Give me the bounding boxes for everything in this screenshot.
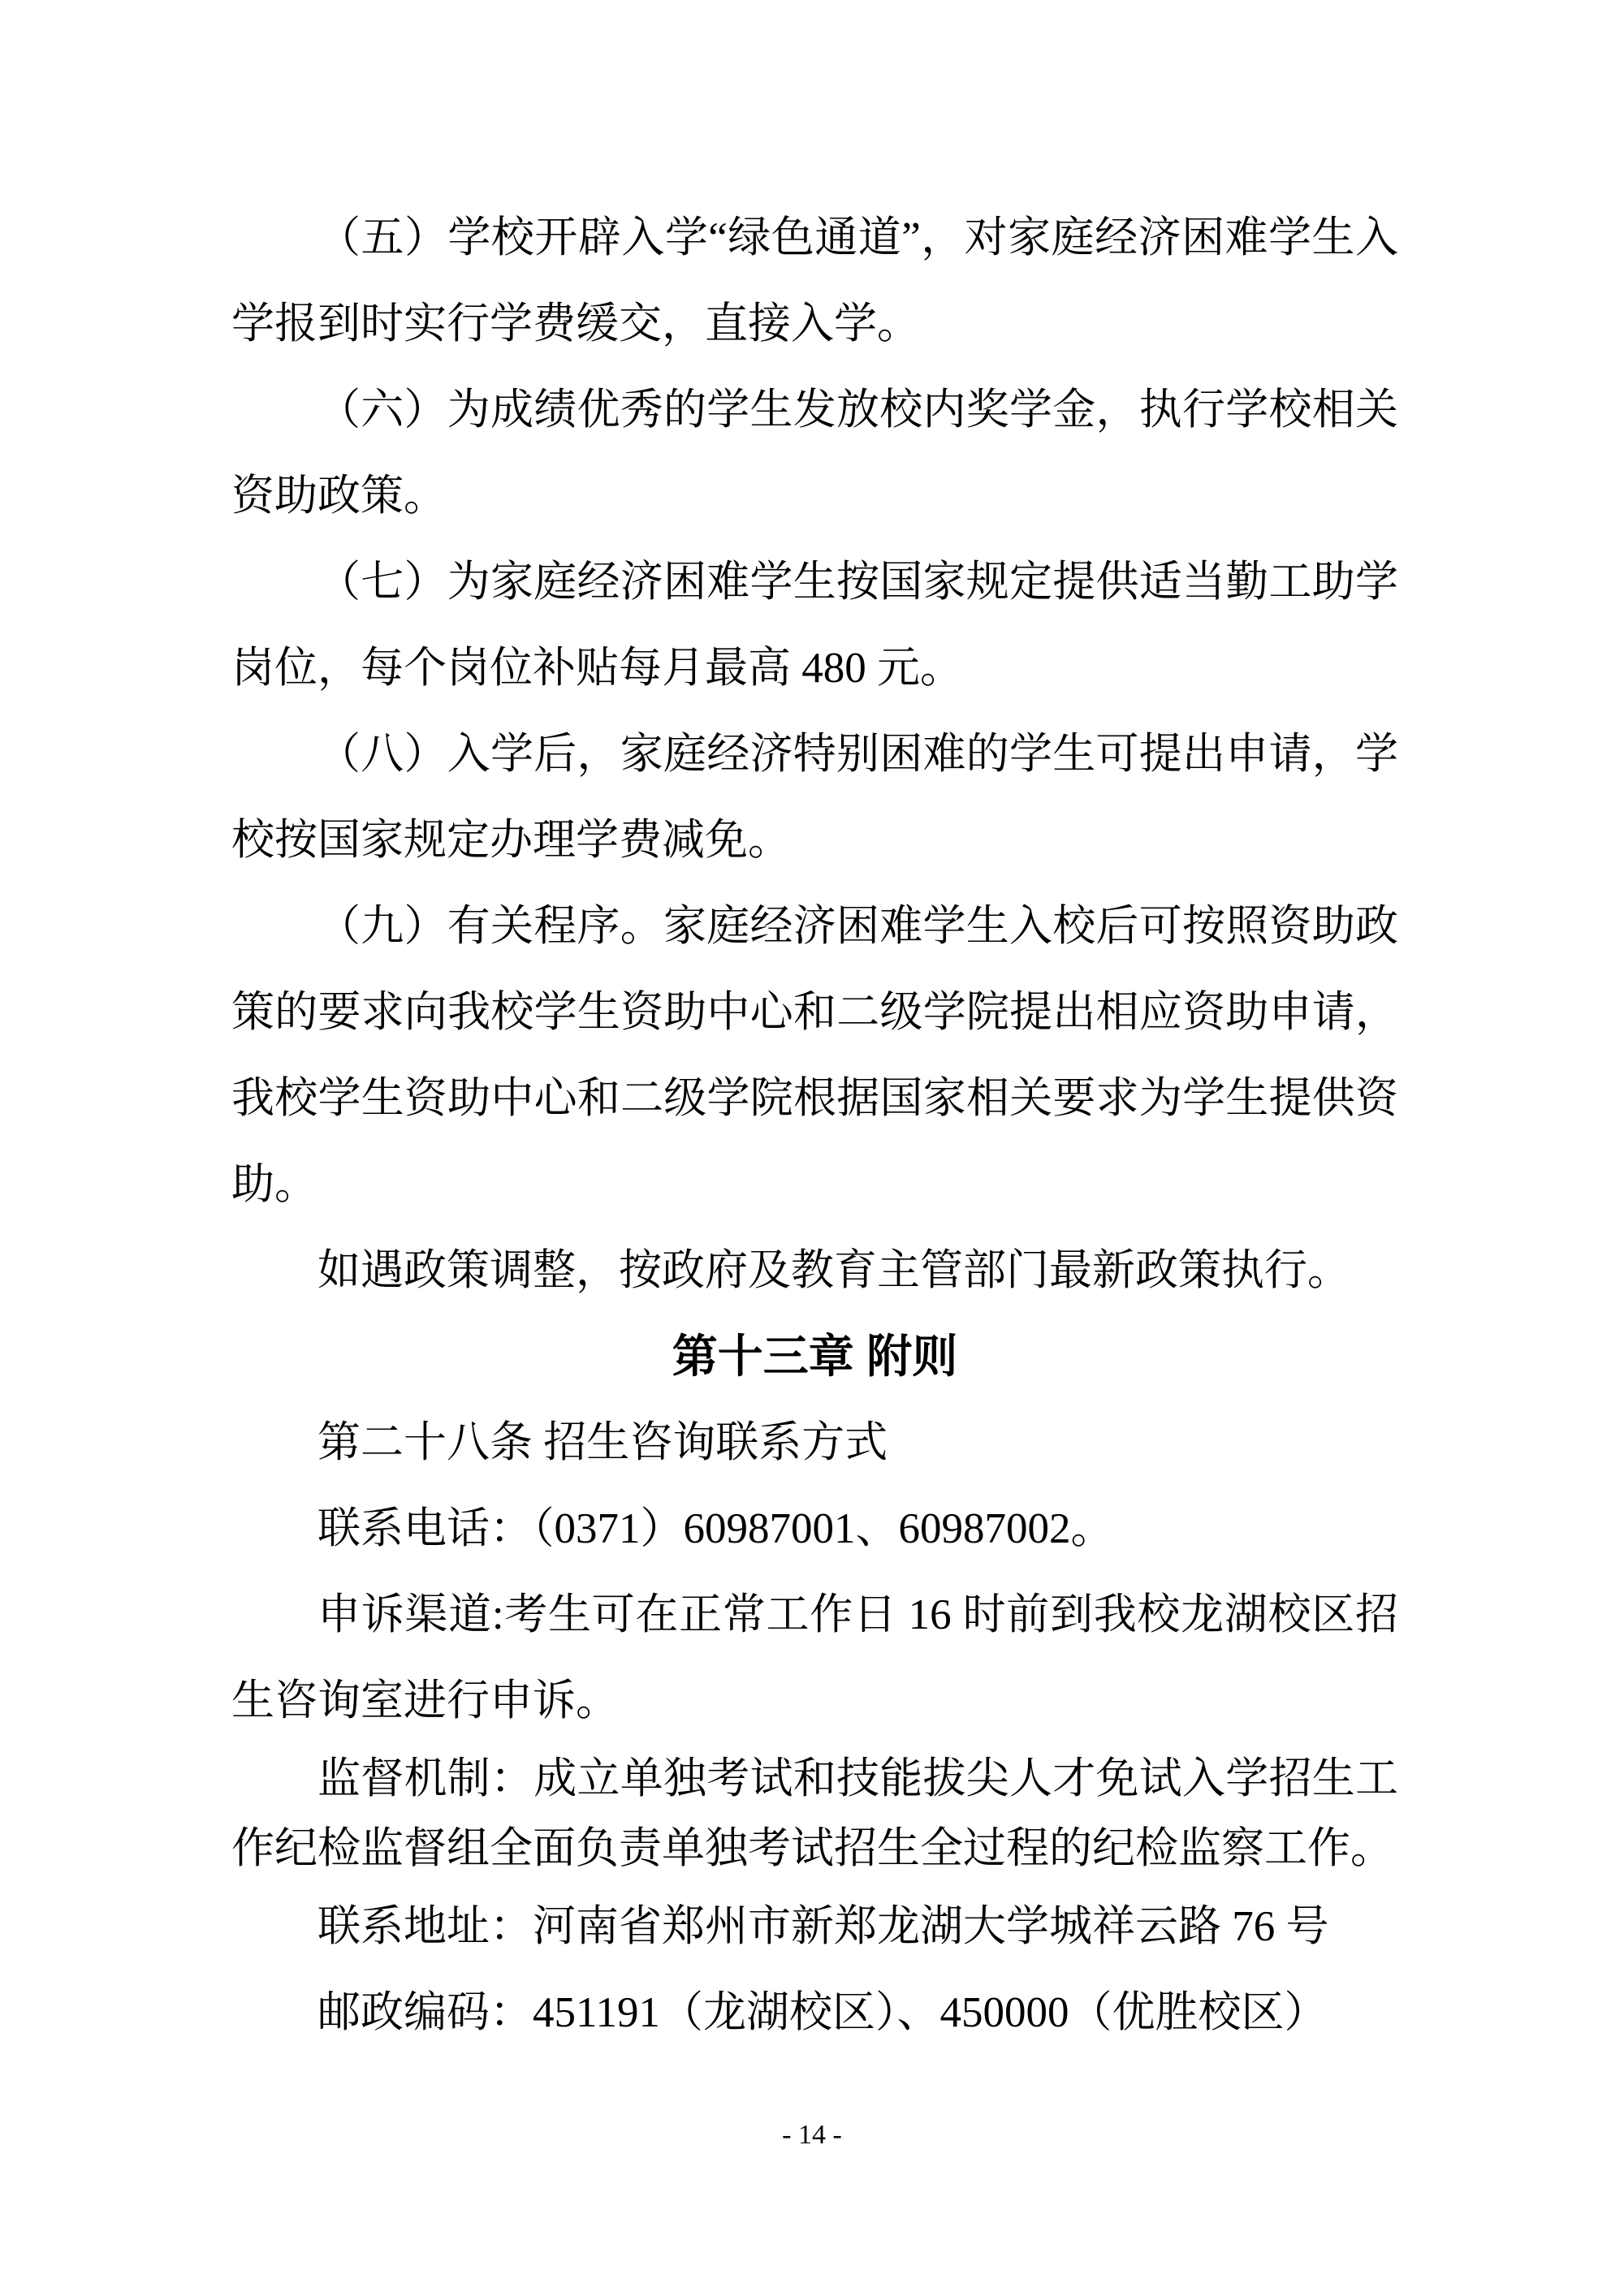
clause-28-title: 第二十八条 招生咨询联系方式: [231, 1400, 1398, 1486]
page-number: - 14 -: [0, 2117, 1624, 2153]
paragraph-item-7: （七）为家庭经济困难学生按国家规定提供适当勤工助学岗位，每个岗位补贴每月最高 4…: [231, 539, 1398, 711]
chapter-13-heading: 第十三章 附则: [231, 1314, 1398, 1400]
postal-code-line: 邮政编码：451191（龙湖校区）、450000（优胜校区）: [231, 1970, 1398, 2056]
document-page: （五）学校开辟入学“绿色通道”，对家庭经济困难学生入学报到时实行学费缓交，直接入…: [0, 0, 1624, 2296]
paragraph-item-5: （五）学校开辟入学“绿色通道”，对家庭经济困难学生入学报到时实行学费缓交，直接入…: [231, 195, 1398, 367]
paragraph-item-6: （六）为成绩优秀的学生发放校内奖学金，执行学校相关资助政策。: [231, 367, 1398, 539]
contact-address-line: 联系地址：河南省郑州市新郑龙湖大学城祥云路 76 号: [231, 1884, 1398, 1970]
supervision-mechanism-line: 监督机制：成立单独考试和技能拔尖人才免试入学招生工作纪检监督组全面负责单独考试招…: [231, 1744, 1398, 1884]
appeal-channel-line: 申诉渠道:考生可在正常工作日 16 时前到我校龙湖校区招生咨询室进行申诉。: [231, 1572, 1398, 1744]
contact-phone-line: 联系电话：（0371）60987001、60987002。: [231, 1486, 1398, 1572]
paragraph-item-8: （八）入学后，家庭经济特别困难的学生可提出申请，学校按国家规定办理学费减免。: [231, 711, 1398, 883]
paragraph-item-9: （九）有关程序。家庭经济困难学生入校后可按照资助政策的要求向我校学生资助中心和二…: [231, 883, 1398, 1228]
policy-adjustment-note: 如遇政策调整，按政府及教育主管部门最新政策执行。: [231, 1228, 1398, 1314]
document-body: （五）学校开辟入学“绿色通道”，对家庭经济困难学生入学报到时实行学费缓交，直接入…: [231, 195, 1398, 2056]
